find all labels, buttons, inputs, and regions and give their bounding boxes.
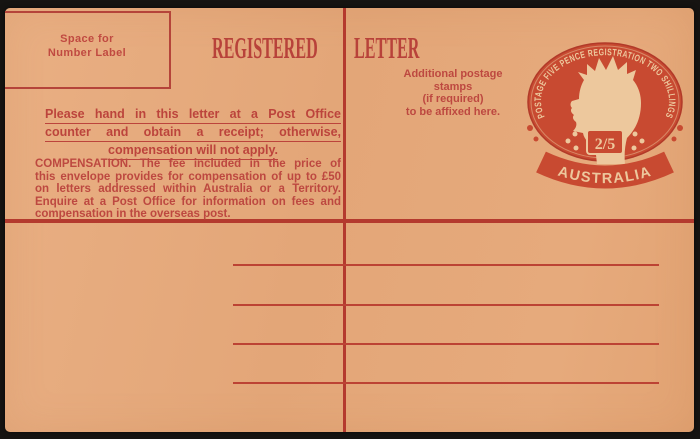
number-label-text-line2: Number Label xyxy=(5,46,169,60)
stamp-value: 2/5 xyxy=(595,136,615,153)
additional-postage-line-4: to be affixed here. xyxy=(388,106,518,119)
address-line xyxy=(233,343,659,345)
compensation-line-3: on letters addressed within Australia or… xyxy=(35,183,341,196)
registered-letter-envelope: Space for Number Label REGISTERED LETTER… xyxy=(5,8,694,432)
compensation-paragraph: COMPENSATION. The fee included in the pr… xyxy=(35,158,341,221)
letter-heading: LETTER xyxy=(354,32,419,63)
embossed-stamp-indicium: POSTAGE FIVE PENCE REGISTRATION TWO SHIL… xyxy=(521,18,689,208)
additional-postage-line-2: stamps xyxy=(388,81,518,94)
number-label-text-line1: Space for xyxy=(5,32,169,46)
compensation-line-4: Enquire at a Post Office for information… xyxy=(35,196,341,209)
notice-line-2: counter and obtain a receipt; otherwise, xyxy=(45,125,341,142)
notice-line-1: Please hand in this letter at a Post Off… xyxy=(45,107,341,124)
number-label-box: Space for Number Label xyxy=(5,11,171,89)
additional-postage-line-3: (if required) xyxy=(388,93,518,106)
additional-postage-note: Additional postage stamps (if required) … xyxy=(388,68,518,118)
address-line xyxy=(233,382,659,384)
scanned-envelope-photo: Space for Number Label REGISTERED LETTER… xyxy=(0,0,700,439)
registered-heading: REGISTERED xyxy=(212,32,318,63)
hand-in-notice: Please hand in this letter at a Post Off… xyxy=(45,107,341,160)
compensation-line-2: this envelope provides for compensation … xyxy=(35,171,341,184)
address-line xyxy=(233,304,659,306)
additional-postage-line-1: Additional postage xyxy=(388,68,518,81)
compensation-line-1: COMPENSATION. The fee included in the pr… xyxy=(35,158,341,171)
compensation-line-5: compensation in the overseas post. xyxy=(35,208,341,221)
address-line xyxy=(233,264,659,266)
